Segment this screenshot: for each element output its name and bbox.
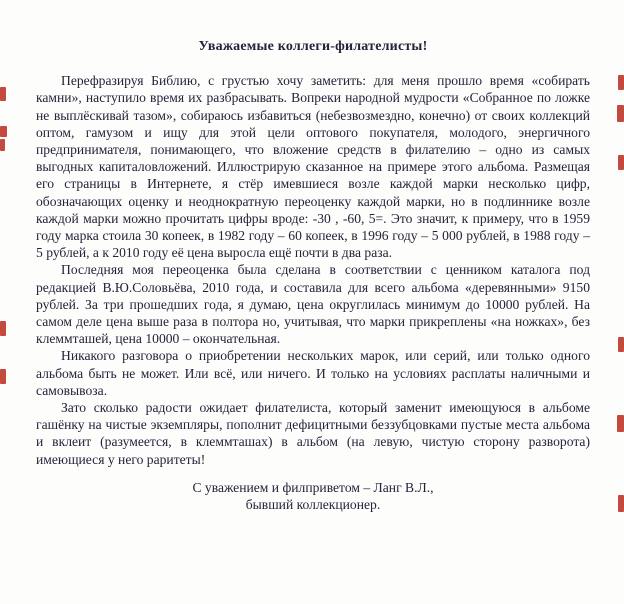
signature-line-1: С уважением и филприветом – Ланг В.Л., <box>36 479 590 496</box>
scan-edge-artifact <box>0 139 5 151</box>
scan-edge-artifact <box>617 105 624 122</box>
scan-edge-artifact <box>618 75 624 90</box>
scan-edge-artifact <box>618 337 624 352</box>
scan-edge-artifact <box>0 321 6 336</box>
letter-title: Уважаемые коллеги-филателисты! <box>36 38 590 55</box>
letter-paragraph-1: Перефразируя Библию, с грустью хочу заме… <box>36 72 590 261</box>
letter-paragraph-2: Последняя моя переоценка была сделана в … <box>36 261 590 347</box>
scan-edge-artifact <box>618 155 624 170</box>
scan-edge-artifact <box>618 495 624 512</box>
scanned-letter-page: Уважаемые коллеги-филателисты! Перефрази… <box>0 0 624 604</box>
scan-edge-artifact <box>617 415 624 432</box>
letter-paragraph-3: Никакого разговора о приобретении нескол… <box>36 347 590 399</box>
signature-line-2: бывший коллекционер. <box>36 496 590 513</box>
signature-block: С уважением и филприветом – Ланг В.Л., б… <box>36 479 590 513</box>
scan-edge-artifact <box>0 87 6 101</box>
letter-paragraph-4: Зато сколько радости ожидает филателиста… <box>36 399 590 468</box>
scan-edge-artifact <box>0 126 7 137</box>
scan-edge-artifact <box>0 369 6 384</box>
